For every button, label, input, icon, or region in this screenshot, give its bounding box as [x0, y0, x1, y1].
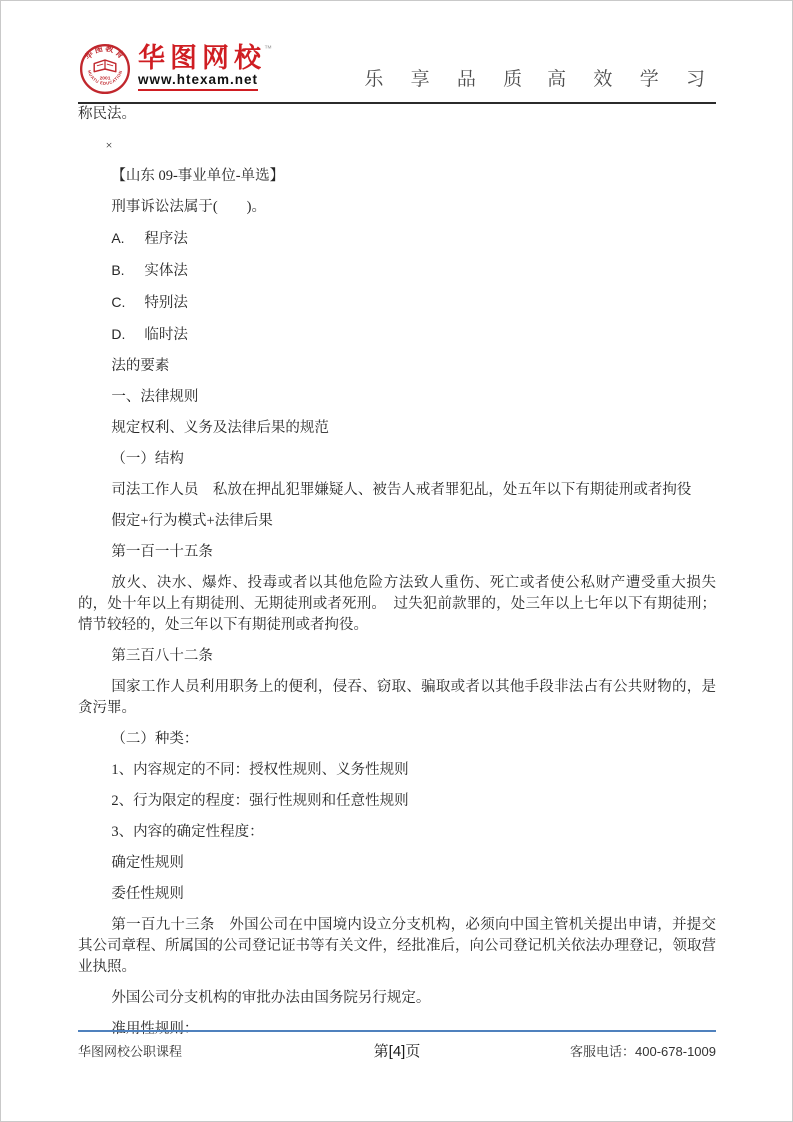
paragraph: 假定+行为模式+法律后果 — [78, 511, 716, 532]
paragraph: 规定权利、义务及法律后果的规范 — [78, 418, 716, 439]
paragraph: 委任性规则 — [78, 884, 716, 905]
huatu-seal-icon: 华图教育 HUATU EDUCATION 2001 — [78, 42, 132, 96]
seal-year: 2001 — [100, 75, 111, 81]
slogan-left: 乐 享 品 质 — [364, 69, 533, 90]
page-footer: 华图网校公职课程 第[4]页 客服电话：400-678-1009 — [78, 1030, 716, 1060]
statute-text: 国家工作人员利用职务上的便利，侵吞、窃取、骗取或者以其他手段非法占有公共财物的，… — [78, 677, 716, 719]
page-header: 华图教育 HUATU EDUCATION 2001 华图网校 ™ www.hte… — [78, 40, 716, 104]
statute-text: 放火、决水、爆炸、投毒或者以其他危险方法致人重伤、死亡或者使公私财产遭受重大损失… — [78, 573, 716, 636]
page-number: 第[4]页 — [78, 1040, 716, 1061]
option-c: C.特别法 — [78, 292, 716, 314]
slogan-right: 高 效 学 习 — [547, 69, 716, 90]
option-a-text: 程序法 — [144, 231, 188, 247]
statute-text: 第一百九十三条 外国公司在中国境内设立分支机构，必须向中国主管机关提出申请，并提… — [78, 915, 716, 978]
option-d: D.临时法 — [78, 324, 716, 346]
huatu-logo: 华图教育 HUATU EDUCATION 2001 华图网校 ™ www.hte… — [78, 40, 272, 96]
document-page: 华图教育 HUATU EDUCATION 2001 华图网校 ™ www.hte… — [0, 0, 793, 1122]
statute-text: 外国公司分支机构的审批办法由国务院另行规定。 — [78, 988, 716, 1009]
sub-heading: （一）结构 — [78, 449, 716, 470]
option-c-text: 特别法 — [144, 295, 188, 311]
document-body: 称民法。 × 【山东 09-事业单位-单选】 刑事诉讼法属于( )。 A.程序法… — [78, 104, 716, 1050]
missing-image-mark: × — [78, 135, 716, 156]
numbered-item: 2、行为限定的程度：强行性规则和任意性规则 — [78, 791, 716, 812]
brand-website: www.htexam.net — [138, 72, 258, 91]
option-d-label: D. — [111, 324, 144, 345]
option-a-label: A. — [111, 228, 144, 249]
statute-heading: 第一百一十五条 — [78, 542, 716, 563]
option-c-label: C. — [111, 292, 144, 313]
paragraph: 确定性规则 — [78, 853, 716, 874]
option-a: A.程序法 — [78, 228, 716, 250]
option-d-text: 临时法 — [144, 327, 188, 343]
numbered-item: 1、内容规定的不同：授权性规则、义务性规则 — [78, 760, 716, 781]
numbered-item: 3、内容的确定性程度： — [78, 822, 716, 843]
header-slogan: 乐 享 品 质高 效 学 习 — [364, 64, 716, 91]
trademark-symbol: ™ — [264, 44, 272, 53]
option-b: B.实体法 — [78, 260, 716, 282]
subsection-title: 一、法律规则 — [78, 387, 716, 408]
option-b-label: B. — [111, 260, 144, 281]
option-b-text: 实体法 — [144, 263, 188, 279]
question-source-tag: 【山东 09-事业单位-单选】 — [78, 166, 716, 187]
continuation-text: 称民法。 — [78, 104, 716, 125]
statute-heading: 第三百八十二条 — [78, 646, 716, 667]
brand-name: 华图网校 — [138, 44, 266, 72]
paragraph: 司法工作人员 私放在押乩犯罪嫌疑人、被告人戒者罪犯乩，处五年以下有期徒刑或者拘役 — [78, 480, 716, 501]
question-stem: 刑事诉讼法属于( )。 — [78, 197, 716, 218]
section-title: 法的要素 — [78, 356, 716, 377]
sub-heading: （二）种类： — [78, 729, 716, 750]
